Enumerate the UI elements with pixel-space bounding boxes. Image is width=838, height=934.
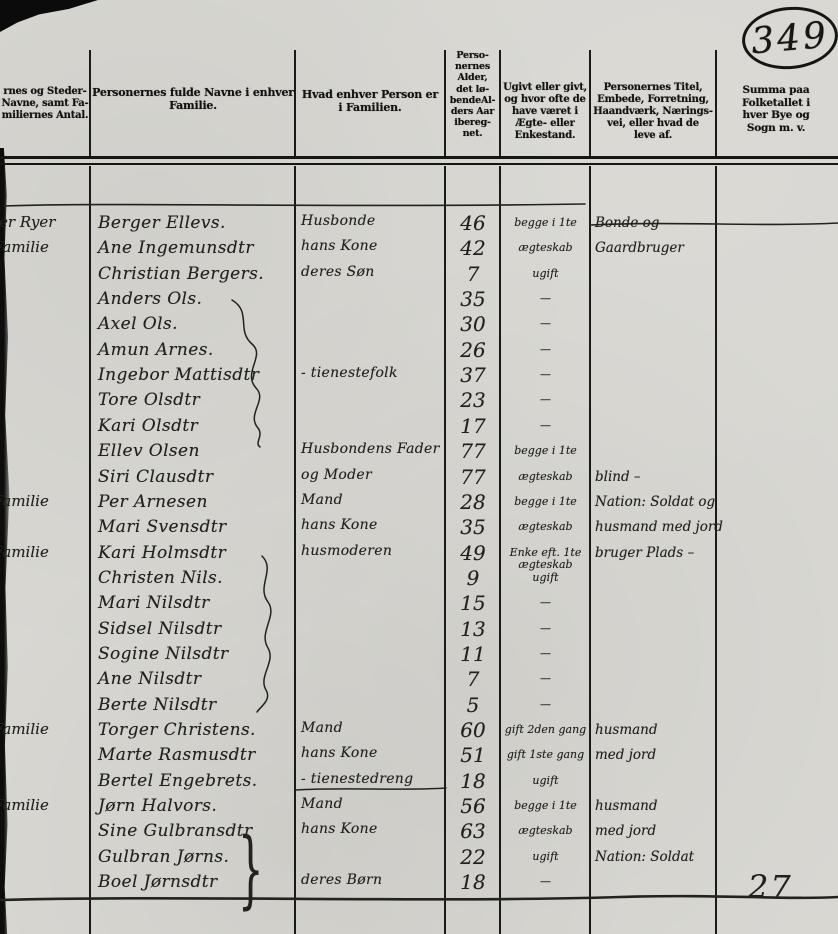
status-cell: —: [502, 699, 589, 711]
status-cell: —: [502, 293, 589, 305]
status-cell: ægteskab: [502, 242, 589, 254]
page-number-oval: 349: [739, 3, 838, 73]
name-cell: Berger Ellevs.: [98, 213, 294, 233]
name-cell: Ane Ingemunsdtr: [98, 238, 294, 258]
status-cell: —: [502, 369, 589, 381]
role-cell: husmoderen: [301, 543, 443, 559]
status-cell: —: [502, 648, 589, 660]
person-count: 27: [748, 868, 793, 906]
table-row: ter RyerBerger Ellevs.Husbonde46begge i …: [0, 213, 838, 239]
name-cell: Ellev Olsen: [98, 441, 294, 461]
name-cell: Sine Gulbransdtr: [98, 821, 294, 841]
name-cell: Tore Olsdtr: [98, 390, 294, 410]
status-cell: —: [502, 673, 589, 685]
age-cell: 18: [448, 769, 498, 793]
status-cell: —: [502, 420, 589, 432]
table-row: Christen Nils.9ugift: [0, 568, 838, 594]
column-header-5: Ugivt eller givt,og hvor ofte dehave vær…: [502, 82, 588, 142]
name-cell: Axel Ols.: [98, 314, 294, 334]
role-cell: deres Søn: [301, 264, 443, 280]
table-row: Anders Ols.35—: [0, 289, 838, 315]
role-cell: hans Kone: [301, 517, 443, 533]
census-page: 349 rnes og Steder-Navne, samt Fa-milier…: [0, 0, 838, 934]
status-cell: —: [502, 623, 589, 635]
occupation-cell: husmand med jord: [595, 519, 715, 535]
age-cell: 30: [448, 312, 498, 336]
table-row: Christian Bergers.deres Søn7ugift: [0, 264, 838, 290]
age-cell: 56: [448, 794, 498, 818]
age-cell: 35: [448, 515, 498, 539]
header-rule-top: [0, 156, 838, 159]
group-brace: }: [238, 820, 263, 918]
status-cell: ægteskab: [502, 471, 589, 483]
occupation-cell: med jord: [595, 747, 715, 763]
table-row: Siri Clausdtrog Moder77ægteskabblind –: [0, 467, 838, 493]
role-cell: Husbonde: [301, 213, 443, 229]
family-cell: Familie: [0, 796, 89, 814]
status-cell: gift 2den gang: [502, 724, 589, 736]
table-row: Mari Nilsdtr15—: [0, 593, 838, 619]
name-cell: Christian Bergers.: [98, 264, 294, 284]
age-cell: 18: [448, 870, 498, 894]
age-cell: 37: [448, 363, 498, 387]
status-cell: ægteskab: [502, 825, 589, 837]
name-cell: Torger Christens.: [98, 720, 294, 740]
role-cell: - tienestefolk: [301, 365, 443, 381]
table-row: Ingebor Mattisdtr- tienestefolk37—: [0, 365, 838, 391]
age-cell: 15: [448, 591, 498, 615]
table-row: FamilieTorger Christens.Mand60gift 2den …: [0, 720, 838, 746]
name-cell: Kari Olsdtr: [98, 416, 294, 436]
family-cell: Familie: [0, 720, 89, 738]
age-cell: 46: [448, 211, 498, 235]
occupation-cell: husmand: [595, 722, 715, 738]
age-cell: 63: [448, 819, 498, 843]
header-rule-bottom: [0, 163, 838, 165]
role-cell: og Moder: [301, 467, 443, 483]
column-header-7: Summa paaFolketallet ihver Bye ogSogn m.…: [718, 84, 834, 134]
status-cell: —: [502, 597, 589, 609]
column-header-1: rnes og Steder-Navne, samt Fa-miliernes …: [0, 86, 90, 122]
age-cell: 22: [448, 845, 498, 869]
age-cell: 17: [448, 414, 498, 438]
name-cell: Mari Nilsdtr: [98, 593, 294, 613]
occupation-cell: blind –: [595, 469, 715, 485]
occupation-cell: Nation: Soldat: [595, 849, 715, 865]
column-header-4: Perso-nernesAlder,det lø-bendeAl-ders Aa…: [446, 50, 499, 140]
status-cell: ugift: [502, 775, 589, 787]
family-cell: ter Ryer: [0, 213, 89, 231]
table-row: Gulbran Jørns.22ugiftNation: Soldat: [0, 847, 838, 873]
occupation-cell: Gaardbruger: [595, 240, 715, 256]
table-row: Berte Nilsdtr5—: [0, 695, 838, 721]
column-header-2: Personernes fulde Navne i enhverFamilie.: [92, 86, 294, 112]
table-row: Axel Ols.30—: [0, 314, 838, 340]
status-cell: begge i 1te: [502, 445, 589, 457]
table-row: Tore Olsdtr23—: [0, 390, 838, 416]
table-row: Bertel Engebrets.- tienestedreng18ugift: [0, 771, 838, 797]
name-cell: Jørn Halvors.: [98, 796, 294, 816]
name-cell: Per Arnesen: [98, 492, 294, 512]
age-cell: 35: [448, 287, 498, 311]
name-cell: Gulbran Jørns.: [98, 847, 294, 867]
age-cell: 51: [448, 743, 498, 767]
family-cell: Familie: [0, 492, 89, 510]
table-row: FamiliePer ArnesenMand28begge i 1teNatio…: [0, 492, 838, 518]
name-cell: Christen Nils.: [98, 568, 294, 588]
name-cell: Amun Arnes.: [98, 340, 294, 360]
status-cell: ægteskab: [502, 521, 589, 533]
role-cell: Husbondens Fader: [301, 441, 443, 457]
age-cell: 77: [448, 465, 498, 489]
table-row: FamilieJørn Halvors.Mand56begge i 1tehus…: [0, 796, 838, 822]
table-row: Boel Jørnsdtrderes Børn18—: [0, 872, 838, 898]
age-cell: 42: [448, 236, 498, 260]
role-cell: Mand: [301, 720, 443, 736]
table-row: FamilieKari Holmsdtrhusmoderen49Enke eft…: [0, 543, 838, 569]
scan-corner-blot: [0, 0, 98, 32]
occupation-cell: Bonde og: [595, 215, 715, 231]
age-cell: 77: [448, 439, 498, 463]
status-cell: —: [502, 394, 589, 406]
name-cell: Marte Rasmusdtr: [98, 745, 294, 765]
table-row: Marte Rasmusdtrhans Kone51gift 1ste gang…: [0, 745, 838, 771]
name-cell: Kari Holmsdtr: [98, 543, 294, 563]
status-cell: —: [502, 344, 589, 356]
family-cell: Familie: [0, 543, 89, 561]
age-cell: 13: [448, 617, 498, 641]
age-cell: 23: [448, 388, 498, 412]
name-cell: Boel Jørnsdtr: [98, 872, 294, 892]
status-cell: —: [502, 876, 589, 888]
role-cell: hans Kone: [301, 745, 443, 761]
role-cell: - tienestedreng: [301, 771, 443, 787]
age-cell: 26: [448, 338, 498, 362]
table-row: Sine Gulbransdtrhans Kone63ægteskabmed j…: [0, 821, 838, 847]
occupation-cell: husmand: [595, 798, 715, 814]
status-cell: begge i 1te: [502, 496, 589, 508]
role-cell: Mand: [301, 796, 443, 812]
column-header-6: Personernes Titel,Embede, Forretning,Haa…: [592, 82, 714, 142]
name-cell: Siri Clausdtr: [98, 467, 294, 487]
table-row: Amun Arnes.26—: [0, 340, 838, 366]
name-cell: Berte Nilsdtr: [98, 695, 294, 715]
occupation-cell: med jord: [595, 823, 715, 839]
role-cell: hans Kone: [301, 821, 443, 837]
age-cell: 28: [448, 490, 498, 514]
status-cell: ugift: [502, 572, 589, 584]
table-row: Ane Nilsdtr7—: [0, 669, 838, 695]
status-cell: gift 1ste gang: [502, 749, 589, 761]
age-cell: 60: [448, 718, 498, 742]
age-cell: 11: [448, 642, 498, 666]
name-cell: Bertel Engebrets.: [98, 771, 294, 791]
role-cell: deres Børn: [301, 872, 443, 888]
status-cell: ugift: [502, 851, 589, 863]
age-cell: 7: [448, 262, 498, 286]
table-row: Kari Olsdtr17—: [0, 416, 838, 442]
status-cell: —: [502, 318, 589, 330]
column-header-3: Hvad enhver Person eri Familien.: [297, 88, 443, 114]
family-cell: Familie: [0, 238, 89, 256]
name-cell: Sidsel Nilsdtr: [98, 619, 294, 639]
table-row: Sogine Nilsdtr11—: [0, 644, 838, 670]
status-cell: begge i 1te: [502, 217, 589, 229]
status-cell: begge i 1te: [502, 800, 589, 812]
table-row: Sidsel Nilsdtr13—: [0, 619, 838, 645]
name-cell: Ingebor Mattisdtr: [98, 365, 294, 385]
name-cell: Sogine Nilsdtr: [98, 644, 294, 664]
occupation-cell: Nation: Soldat og: [595, 494, 715, 510]
status-cell: ugift: [502, 268, 589, 280]
table-row: Ellev OlsenHusbondens Fader77begge i 1te: [0, 441, 838, 467]
table-row: FamilieAne Ingemunsdtrhans Kone42ægteska…: [0, 238, 838, 264]
page-number: 349: [750, 14, 831, 62]
role-cell: Mand: [301, 492, 443, 508]
age-cell: 9: [448, 566, 498, 590]
role-cell: hans Kone: [301, 238, 443, 254]
age-cell: 49: [448, 541, 498, 565]
occupation-cell: bruger Plads –: [595, 545, 715, 561]
name-cell: Ane Nilsdtr: [98, 669, 294, 689]
name-cell: Mari Svensdtr: [98, 517, 294, 537]
age-cell: 5: [448, 693, 498, 717]
age-cell: 7: [448, 667, 498, 691]
table-row: Mari Svensdtrhans Kone35ægteskabhusmand …: [0, 517, 838, 543]
name-cell: Anders Ols.: [98, 289, 294, 309]
